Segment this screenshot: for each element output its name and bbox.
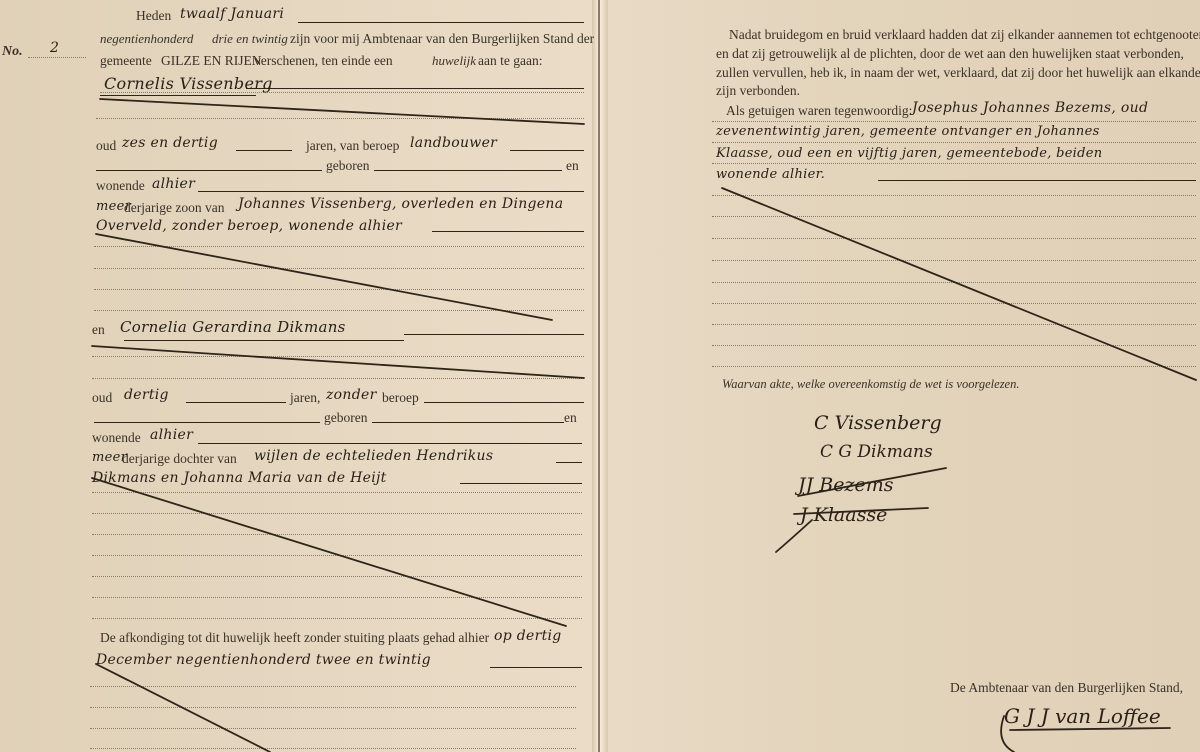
closing-text: Waarvan akte, welke overeenkomstig de we… bbox=[722, 377, 1019, 392]
registrar-label: De Ambtenaar van den Burgerlijken Stand, bbox=[950, 680, 1183, 696]
afkondiging-hand1: op dertig bbox=[494, 628, 562, 644]
witnesses-line1: Josephus Johannes Bezems, oud bbox=[912, 100, 1148, 116]
bride-residence: alhier bbox=[150, 427, 193, 443]
bride-parent-label: derjarige dochter van bbox=[122, 451, 237, 467]
witnesses-label: Als getuigen waren tegenwoordig: bbox=[726, 103, 912, 119]
bride-oud-label: oud bbox=[92, 390, 112, 406]
bride-name: Cornelia Gerardina Dikmans bbox=[120, 318, 346, 336]
binding-thread bbox=[598, 0, 600, 752]
year-printed: negentienhonderd bbox=[100, 31, 193, 47]
record-number-value: 2 bbox=[50, 40, 59, 56]
gemeente-name: GILZE EN RIJEN bbox=[161, 53, 261, 69]
groom-wonende-label: wonende bbox=[96, 178, 145, 194]
afkondiging-text: De afkondiging tot dit huwelijk heeft zo… bbox=[100, 630, 489, 646]
record-number-label: No. bbox=[2, 44, 23, 60]
bride-parents-line1: wijlen de echtelieden Hendrikus bbox=[254, 448, 493, 464]
date-day-month: twaalf Januari bbox=[180, 6, 284, 22]
book-gutter bbox=[592, 0, 608, 752]
bride-geboren-label: geboren bbox=[324, 410, 367, 426]
signature-witness-1: JJ Bezems bbox=[798, 474, 894, 496]
intro-text: zijn voor mij Ambtenaar van den Burgerli… bbox=[290, 31, 594, 47]
declaration-line2: en dat zij getrouwelijk al de plichten, … bbox=[716, 46, 1184, 62]
bride-jaren-label: jaren, bbox=[290, 390, 320, 406]
bride-occupation-hand: zonder bbox=[326, 387, 377, 403]
groom-parents-line2: Overveld, zonder beroep, wonende alhier bbox=[96, 218, 402, 234]
bride-beroep-label: beroep bbox=[382, 390, 419, 406]
witnesses-line2: zevenentwintig jaren, gemeente ontvanger… bbox=[716, 124, 1100, 139]
witnesses-line4: wonende alhier. bbox=[716, 167, 825, 182]
intro-text-2: verschenen, ten einde een bbox=[254, 53, 393, 69]
declaration-line3: zullen vervullen, heb ik, in naam der we… bbox=[716, 65, 1200, 81]
groom-en-label: en bbox=[566, 158, 579, 174]
bride-en-label: en bbox=[92, 322, 105, 338]
groom-age: zes en dertig bbox=[122, 135, 218, 151]
heden-label: Heden bbox=[136, 8, 171, 24]
groom-oud-label: oud bbox=[96, 138, 116, 154]
bride-parents-line2: Dikmans en Johanna Maria van de Heijt bbox=[92, 470, 387, 486]
groom-occupation: landbouwer bbox=[410, 135, 497, 151]
groom-jaren-label: jaren, van beroep bbox=[306, 138, 399, 154]
groom-geboren-label: geboren bbox=[326, 158, 369, 174]
bride-wonende-label: wonende bbox=[92, 430, 141, 446]
year-handwritten: drie en twintig bbox=[212, 31, 288, 47]
groom-parent-label: derjarige zoon van bbox=[124, 200, 224, 216]
groom-name: Cornelis Vissenberg bbox=[104, 74, 273, 93]
intro-text-3: aan te gaan: bbox=[478, 53, 542, 69]
declaration-line1: Nadat bruidegom en bruid verklaard hadde… bbox=[729, 27, 1200, 43]
groom-residence: alhier bbox=[152, 176, 195, 192]
groom-parents-line1: Johannes Vissenberg, overleden en Dingen… bbox=[238, 196, 563, 212]
witnesses-line3: Klaasse, oud een en vijftig jaren, gemee… bbox=[716, 146, 1102, 161]
gemeente-label: gemeente bbox=[100, 53, 152, 69]
afkondiging-hand2: December negentienhonderd twee en twinti… bbox=[96, 652, 431, 668]
signature-groom: C Vissenberg bbox=[814, 412, 942, 434]
bride-en-label2: en bbox=[564, 410, 577, 426]
huwelijk-word: huwelijk bbox=[432, 53, 476, 69]
signature-bride: C G Dikmans bbox=[820, 442, 933, 462]
declaration-line4: zijn verbonden. bbox=[716, 83, 800, 99]
signature-witness-2: J Klaasse bbox=[800, 504, 887, 526]
bride-age: dertig bbox=[124, 387, 169, 403]
registrar-signature: G J J van Loffee bbox=[1004, 704, 1161, 728]
